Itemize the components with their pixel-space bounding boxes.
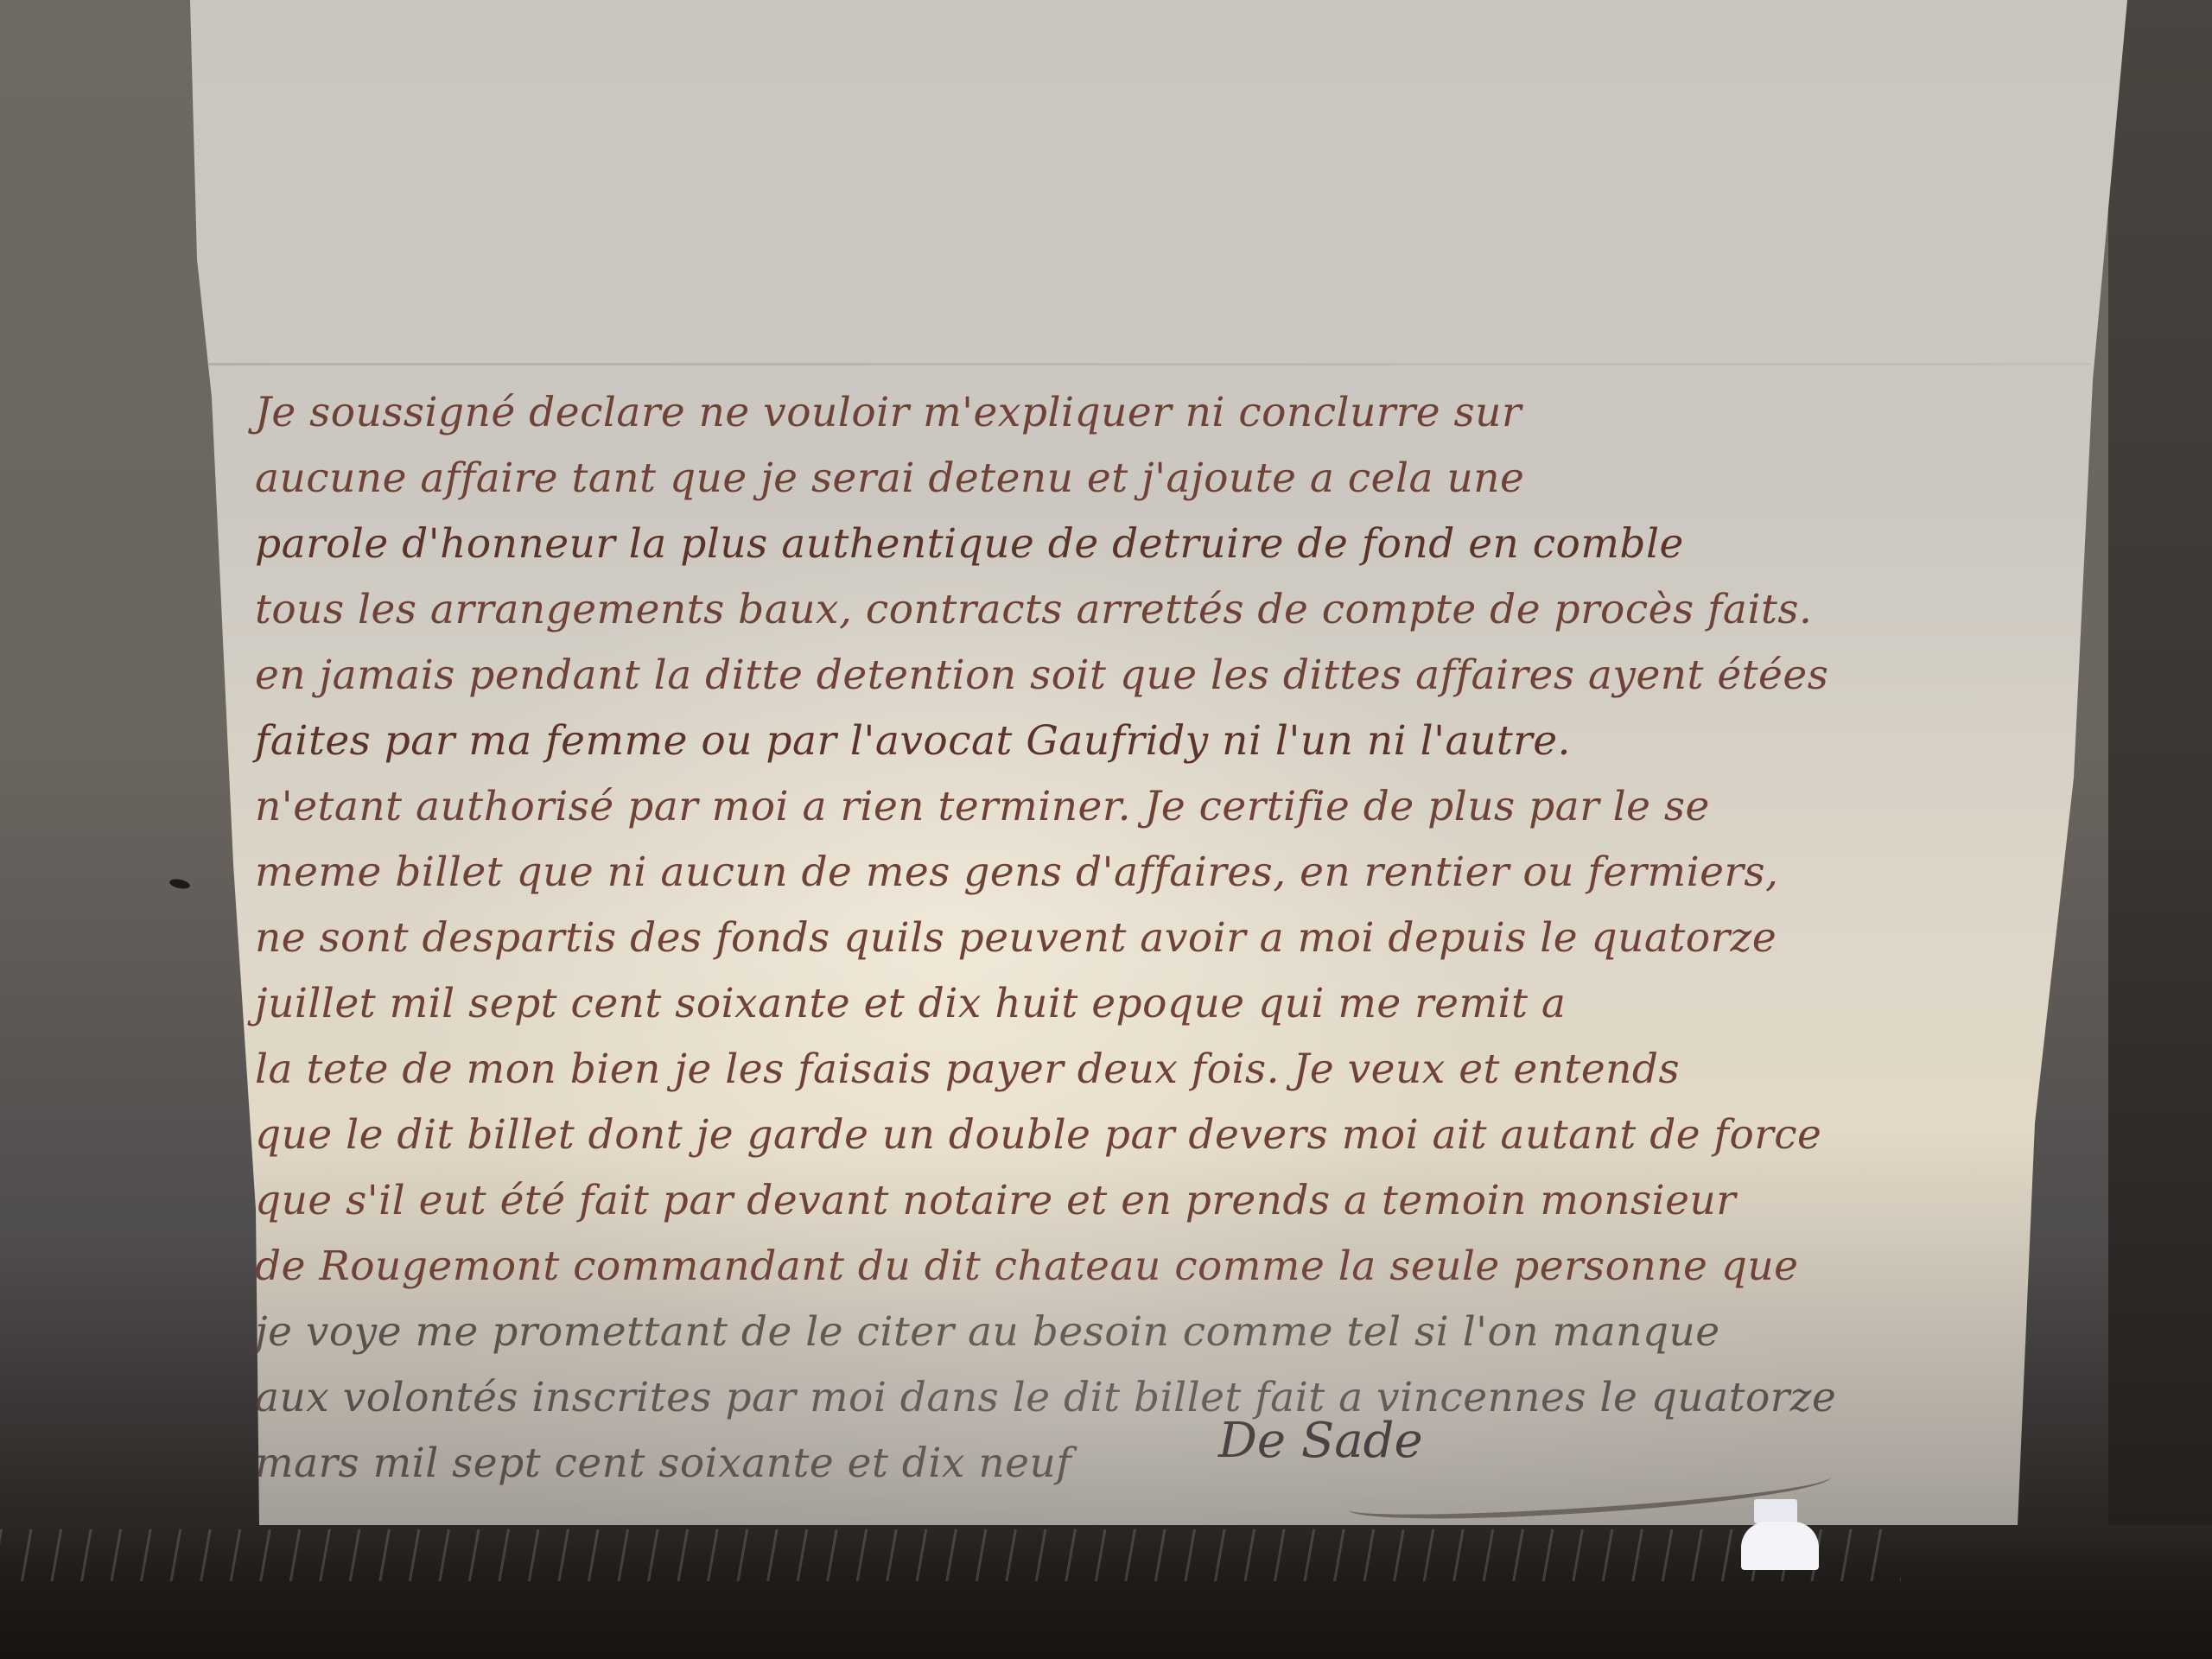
- manuscript-line: je voye me promettant de le citer au bes…: [255, 1300, 2052, 1365]
- manuscript-text: Je soussigné declare ne vouloir m'expliq…: [255, 380, 2052, 1497]
- manuscript-line: en jamais pendant la ditte detention soi…: [255, 643, 2052, 709]
- manuscript-line: parole d'honneur la plus authentique de …: [255, 512, 2052, 577]
- manuscript-line: ne sont despartis des fonds quils peuven…: [255, 906, 2052, 971]
- paper-fold-line: [207, 363, 2091, 365]
- background-right-shadow: [2108, 0, 2212, 1659]
- manuscript-line: aucune affaire tant que je serai detenu …: [255, 446, 2052, 512]
- wire-reflection: [0, 1529, 1901, 1581]
- manuscript-line: meme billet que ni aucun de mes gens d'a…: [255, 840, 2052, 906]
- manuscript-line: tous les arrangements baux, contracts ar…: [255, 577, 2052, 643]
- bottle-body: [1741, 1522, 1819, 1570]
- manuscript-line: Je soussigné declare ne vouloir m'expliq…: [255, 380, 2052, 446]
- bottle-reflection-icon: [1741, 1499, 1827, 1568]
- manuscript-line: n'etant authorisé par moi a rien termine…: [255, 774, 2052, 840]
- manuscript-line: que le dit billet dont je garde un doubl…: [255, 1103, 2052, 1168]
- bottle-neck: [1754, 1499, 1797, 1523]
- manuscript-line: aux volontés inscrites par moi dans le d…: [255, 1365, 2052, 1431]
- manuscript-line: la tete de mon bien je les faisais payer…: [255, 1037, 2052, 1103]
- dust-speck: [168, 878, 191, 891]
- signature: De Sade: [1218, 1413, 1423, 1469]
- manuscript-line: de Rougemont commandant du dit chateau c…: [255, 1234, 2052, 1300]
- manuscript-line: faites par ma femme ou par l'avocat Gauf…: [255, 709, 2052, 774]
- manuscript-line: que s'il eut été fait par devant notaire…: [255, 1168, 2052, 1234]
- manuscript-line: juillet mil sept cent soixante et dix hu…: [255, 971, 2052, 1037]
